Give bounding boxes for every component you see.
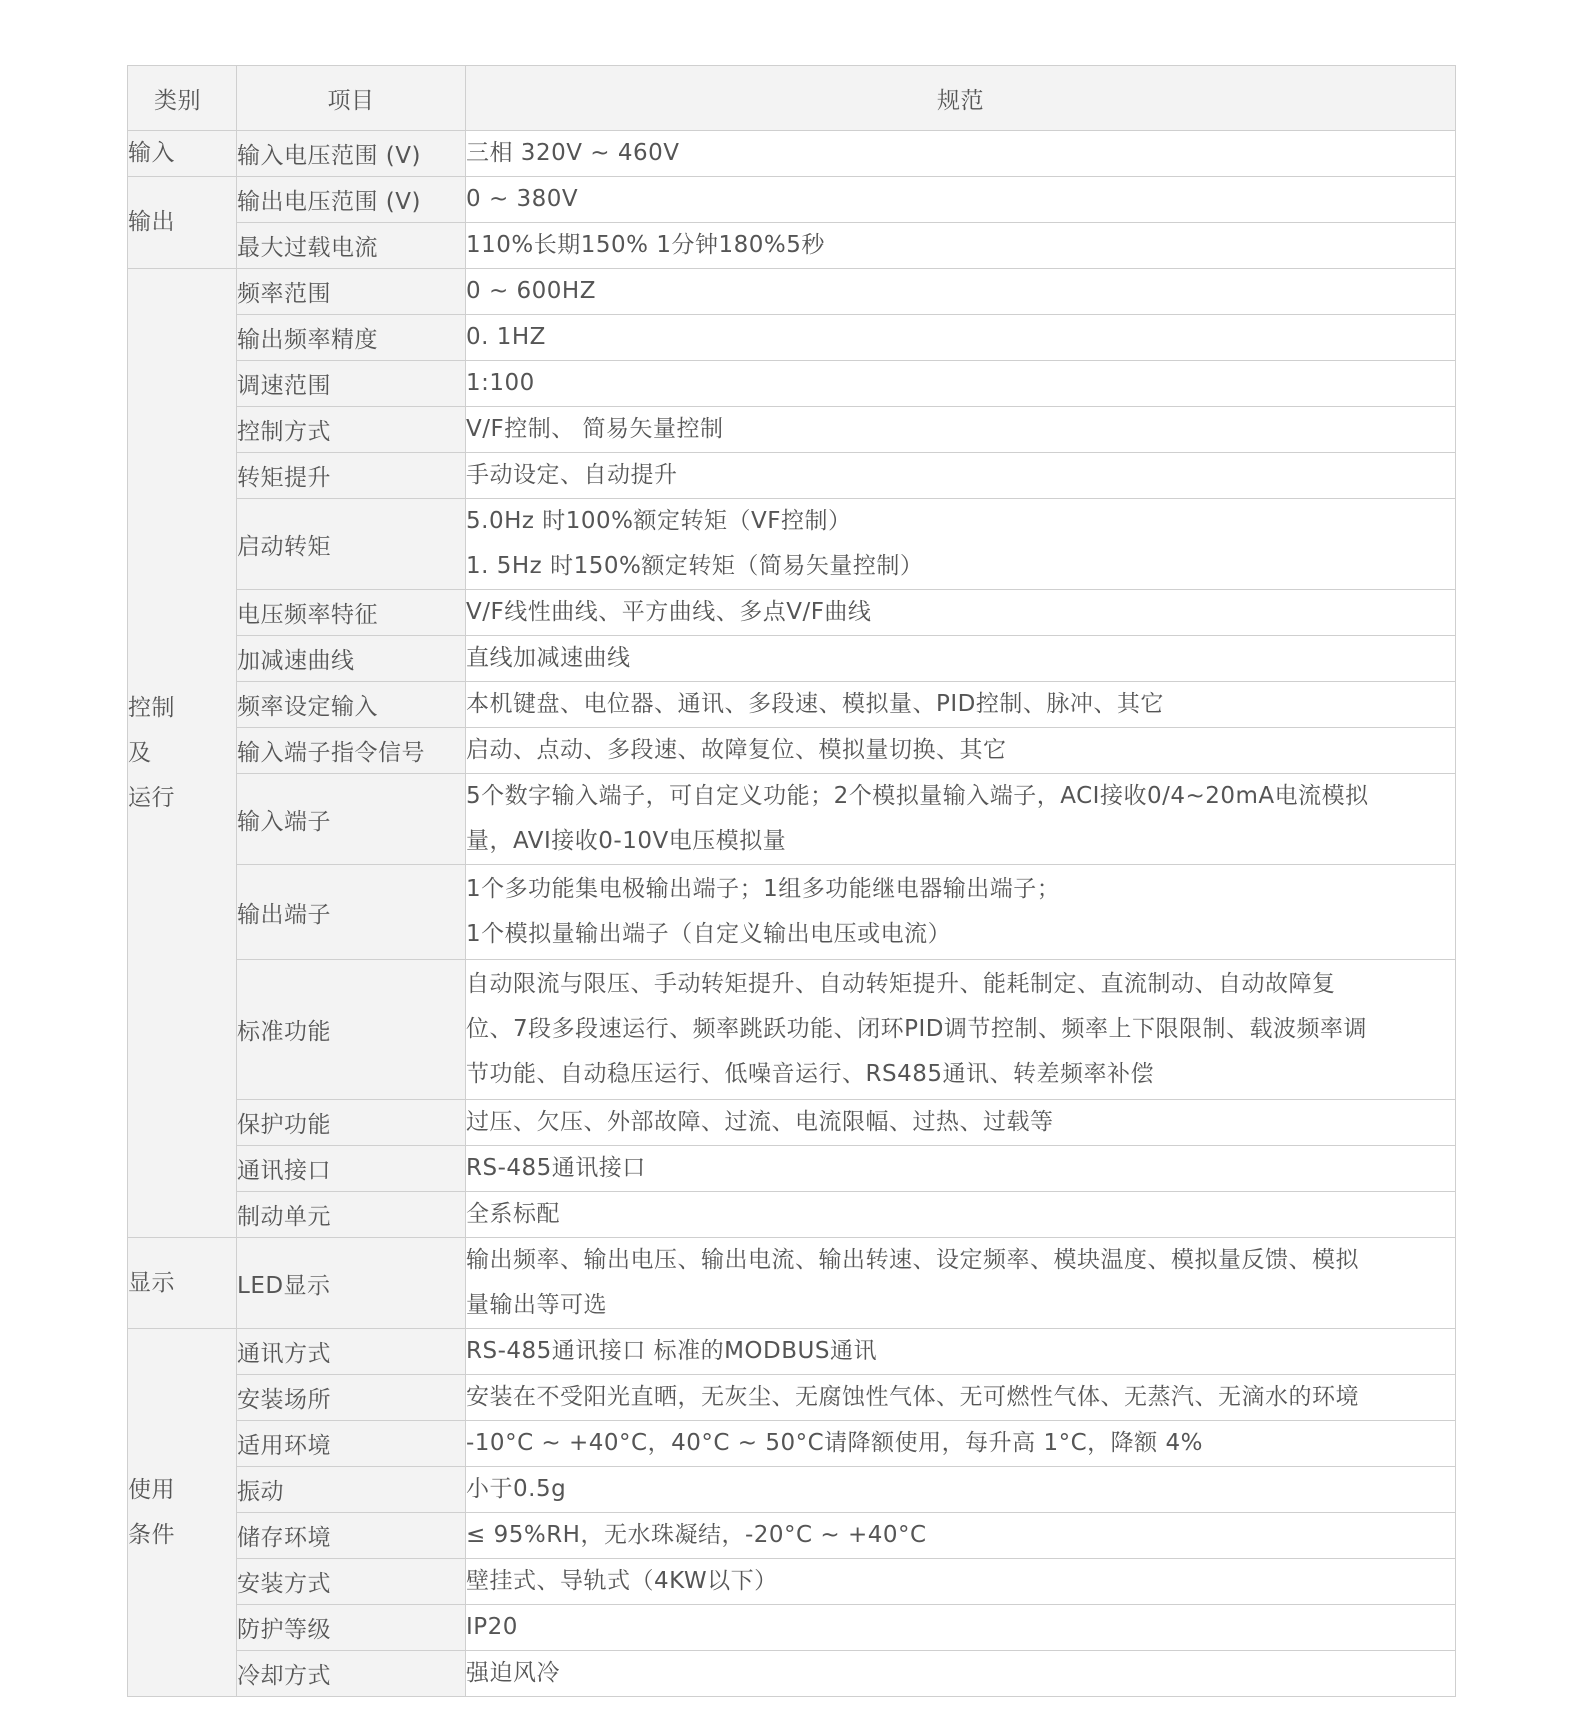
- table-row: 保护功能 过压、欠压、外部故障、过流、电流限幅、过热、过载等: [128, 1100, 1456, 1146]
- spec-line: 110%长期150% 1分钟180%5秒: [466, 223, 1455, 268]
- table-row: 加减速曲线 直线加减速曲线: [128, 636, 1456, 682]
- spec-cell: 0 ~ 380V: [466, 177, 1456, 223]
- spec-cell: V/F控制、 简易矢量控制: [466, 407, 1456, 453]
- spec-cell: 小于0.5g: [466, 1467, 1456, 1513]
- spec-line: 1个模拟量输出端子（自定义输出电压或电流）: [466, 912, 1455, 957]
- category-cell: 输出: [128, 177, 237, 269]
- spec-line: 本机键盘、电位器、通讯、多段速、模拟量、PID控制、脉冲、其它: [466, 682, 1455, 727]
- item-cell: 最大过载电流: [237, 223, 466, 269]
- table-row: 输出频率精度 0. 1HZ: [128, 315, 1456, 361]
- item-cell: 控制方式: [237, 407, 466, 453]
- category-cell: 控制 及 运行: [128, 269, 237, 1238]
- table-row: 适用环境 -10°C ~ +40°C，40°C ~ 50°C请降额使用，每升高 …: [128, 1421, 1456, 1467]
- spec-cell: 本机键盘、电位器、通讯、多段速、模拟量、PID控制、脉冲、其它: [466, 682, 1456, 728]
- category-label: 使用: [128, 1468, 236, 1513]
- spec-line: -10°C ~ +40°C，40°C ~ 50°C请降额使用，每升高 1°C，降…: [466, 1421, 1455, 1466]
- spec-cell: 0. 1HZ: [466, 315, 1456, 361]
- item-cell: 频率范围: [237, 269, 466, 315]
- category-label: 条件: [128, 1513, 236, 1558]
- spec-line: ≤ 95%RH，无水珠凝结，-20°C ~ +40°C: [466, 1513, 1455, 1558]
- table-row: 控制 及 运行 频率范围 0 ~ 600HZ: [128, 269, 1456, 315]
- spec-cell: ≤ 95%RH，无水珠凝结，-20°C ~ +40°C: [466, 1513, 1456, 1559]
- spec-line: 安装在不受阳光直晒，无灰尘、无腐蚀性气体、无可燃性气体、无蒸汽、无滴水的环境: [466, 1375, 1455, 1420]
- spec-line: 1个多功能集电极输出端子；1组多功能继电器输出端子；: [466, 867, 1455, 912]
- spec-line: 量，AVI接收0-10V电压模拟量: [466, 819, 1455, 864]
- spec-line: RS-485通讯接口: [466, 1146, 1455, 1191]
- item-cell: 加减速曲线: [237, 636, 466, 682]
- spec-cell: -10°C ~ +40°C，40°C ~ 50°C请降额使用，每升高 1°C，降…: [466, 1421, 1456, 1467]
- spec-cell: RS-485通讯接口: [466, 1146, 1456, 1192]
- spec-line: 小于0.5g: [466, 1467, 1455, 1512]
- spec-line: 1:100: [466, 361, 1455, 406]
- spec-cell: 输出频率、输出电压、输出电流、输出转速、设定频率、模块温度、模拟量反馈、模拟 量…: [466, 1238, 1456, 1329]
- item-cell: 输出端子: [237, 865, 466, 960]
- spec-line: 节功能、自动稳压运行、低噪音运行、RS485通讯、转差频率补偿: [466, 1052, 1455, 1097]
- spec-cell: IP20: [466, 1605, 1456, 1651]
- item-cell: 输出频率精度: [237, 315, 466, 361]
- spec-cell: 自动限流与限压、手动转矩提升、自动转矩提升、能耗制定、直流制动、自动故障复 位、…: [466, 960, 1456, 1100]
- category-label: 控制: [128, 686, 236, 731]
- spec-line: 三相 320V ~ 460V: [466, 131, 1455, 176]
- spec-line: RS-485通讯接口 标准的MODBUS通讯: [466, 1329, 1455, 1374]
- item-cell: 通讯方式: [237, 1329, 466, 1375]
- table-row: 最大过载电流 110%长期150% 1分钟180%5秒: [128, 223, 1456, 269]
- spec-table: 类别 项目 规范 输入 输入电压范围 (V) 三相 320V ~ 460V 输出…: [127, 65, 1456, 1697]
- spec-cell: 110%长期150% 1分钟180%5秒: [466, 223, 1456, 269]
- item-cell: 频率设定输入: [237, 682, 466, 728]
- table-row: 安装场所 安装在不受阳光直晒，无灰尘、无腐蚀性气体、无可燃性气体、无蒸汽、无滴水…: [128, 1375, 1456, 1421]
- item-cell: 通讯接口: [237, 1146, 466, 1192]
- spec-cell: 5.0Hz 时100%额定转矩（VF控制） 1. 5Hz 时150%额定转矩（简…: [466, 499, 1456, 590]
- category-label: 运行: [128, 776, 236, 821]
- spec-line: 5个数字输入端子，可自定义功能；2个模拟量输入端子，ACI接收0/4~20mA电…: [466, 774, 1455, 819]
- table-row: 输出端子 1个多功能集电极输出端子；1组多功能继电器输出端子； 1个模拟量输出端…: [128, 865, 1456, 960]
- header-row: 类别 项目 规范: [128, 66, 1456, 131]
- table-row: 调速范围 1:100: [128, 361, 1456, 407]
- table-row: 电压频率特征 V/F线性曲线、平方曲线、多点V/F曲线: [128, 590, 1456, 636]
- spec-line: 0 ~ 600HZ: [466, 269, 1455, 314]
- item-cell: 振动: [237, 1467, 466, 1513]
- category-cell: 使用 条件: [128, 1329, 237, 1697]
- table-row: 启动转矩 5.0Hz 时100%额定转矩（VF控制） 1. 5Hz 时150%额…: [128, 499, 1456, 590]
- spec-line: 位、7段多段速运行、频率跳跃功能、闭环PID调节控制、频率上下限限制、载波频率调: [466, 1007, 1455, 1052]
- item-cell: 防护等级: [237, 1605, 466, 1651]
- spec-line: 直线加减速曲线: [466, 636, 1455, 681]
- table-row: 安装方式 壁挂式、导轨式（4KW以下）: [128, 1559, 1456, 1605]
- category-label: 输出: [128, 200, 236, 245]
- spec-cell: 5个数字输入端子，可自定义功能；2个模拟量输入端子，ACI接收0/4~20mA电…: [466, 774, 1456, 865]
- item-cell: 输出电压范围 (V): [237, 177, 466, 223]
- spec-cell: 过压、欠压、外部故障、过流、电流限幅、过热、过载等: [466, 1100, 1456, 1146]
- item-cell: 输入端子指令信号: [237, 728, 466, 774]
- spec-cell: 壁挂式、导轨式（4KW以下）: [466, 1559, 1456, 1605]
- table-row: 使用 条件 通讯方式 RS-485通讯接口 标准的MODBUS通讯: [128, 1329, 1456, 1375]
- item-cell: 制动单元: [237, 1192, 466, 1238]
- spec-line: V/F线性曲线、平方曲线、多点V/F曲线: [466, 590, 1455, 635]
- category-label: 及: [128, 731, 236, 776]
- spec-cell: 安装在不受阳光直晒，无灰尘、无腐蚀性气体、无可燃性气体、无蒸汽、无滴水的环境: [466, 1375, 1456, 1421]
- category-label: 输入: [128, 131, 236, 176]
- spec-cell: 1个多功能集电极输出端子；1组多功能继电器输出端子； 1个模拟量输出端子（自定义…: [466, 865, 1456, 960]
- spec-cell: 0 ~ 600HZ: [466, 269, 1456, 315]
- spec-cell: 1:100: [466, 361, 1456, 407]
- spec-cell: 三相 320V ~ 460V: [466, 131, 1456, 177]
- item-cell: 转矩提升: [237, 453, 466, 499]
- spec-line: 过压、欠压、外部故障、过流、电流限幅、过热、过载等: [466, 1100, 1455, 1145]
- spec-line: 0 ~ 380V: [466, 177, 1455, 222]
- category-label: 显示: [128, 1261, 236, 1306]
- table-row: 振动 小于0.5g: [128, 1467, 1456, 1513]
- item-cell: 输入端子: [237, 774, 466, 865]
- table-row: 转矩提升 手动设定、自动提升: [128, 453, 1456, 499]
- table-row: 输入 输入电压范围 (V) 三相 320V ~ 460V: [128, 131, 1456, 177]
- spec-cell: 全系标配: [466, 1192, 1456, 1238]
- spec-line: 5.0Hz 时100%额定转矩（VF控制）: [466, 499, 1455, 544]
- item-cell: 安装方式: [237, 1559, 466, 1605]
- spec-line: V/F控制、 简易矢量控制: [466, 407, 1455, 452]
- table-row: 冷却方式 强迫风冷: [128, 1651, 1456, 1697]
- spec-line: 0. 1HZ: [466, 315, 1455, 360]
- table-row: 标准功能 自动限流与限压、手动转矩提升、自动转矩提升、能耗制定、直流制动、自动故…: [128, 960, 1456, 1100]
- table-row: 频率设定输入 本机键盘、电位器、通讯、多段速、模拟量、PID控制、脉冲、其它: [128, 682, 1456, 728]
- spec-line: IP20: [466, 1605, 1455, 1650]
- table-row: 通讯接口 RS-485通讯接口: [128, 1146, 1456, 1192]
- spec-line: 启动、点动、多段速、故障复位、模拟量切换、其它: [466, 728, 1455, 773]
- spec-cell: 强迫风冷: [466, 1651, 1456, 1697]
- table-row: 显示 LED显示 输出频率、输出电压、输出电流、输出转速、设定频率、模块温度、模…: [128, 1238, 1456, 1329]
- item-cell: 电压频率特征: [237, 590, 466, 636]
- header-category: 类别: [128, 66, 237, 131]
- item-cell: 冷却方式: [237, 1651, 466, 1697]
- spec-line: 自动限流与限压、手动转矩提升、自动转矩提升、能耗制定、直流制动、自动故障复: [466, 962, 1455, 1007]
- spec-cell: 手动设定、自动提升: [466, 453, 1456, 499]
- spec-line: 手动设定、自动提升: [466, 453, 1455, 498]
- spec-cell: 启动、点动、多段速、故障复位、模拟量切换、其它: [466, 728, 1456, 774]
- header-spec: 规范: [466, 66, 1456, 131]
- header-item: 项目: [237, 66, 466, 131]
- table-row: 控制方式 V/F控制、 简易矢量控制: [128, 407, 1456, 453]
- table-row: 防护等级 IP20: [128, 1605, 1456, 1651]
- spec-line: 1. 5Hz 时150%额定转矩（简易矢量控制）: [466, 544, 1455, 589]
- table-row: 制动单元 全系标配: [128, 1192, 1456, 1238]
- spec-line: 强迫风冷: [466, 1651, 1455, 1696]
- item-cell: 安装场所: [237, 1375, 466, 1421]
- item-cell: LED显示: [237, 1238, 466, 1329]
- table-row: 输入端子指令信号 启动、点动、多段速、故障复位、模拟量切换、其它: [128, 728, 1456, 774]
- spec-line: 全系标配: [466, 1192, 1455, 1237]
- category-cell: 输入: [128, 131, 237, 177]
- item-cell: 适用环境: [237, 1421, 466, 1467]
- table-row: 储存环境 ≤ 95%RH，无水珠凝结，-20°C ~ +40°C: [128, 1513, 1456, 1559]
- spec-cell: 直线加减速曲线: [466, 636, 1456, 682]
- spec-line: 输出频率、输出电压、输出电流、输出转速、设定频率、模块温度、模拟量反馈、模拟: [466, 1238, 1455, 1283]
- table-row: 输出 输出电压范围 (V) 0 ~ 380V: [128, 177, 1456, 223]
- table-row: 输入端子 5个数字输入端子，可自定义功能；2个模拟量输入端子，ACI接收0/4~…: [128, 774, 1456, 865]
- spec-cell: V/F线性曲线、平方曲线、多点V/F曲线: [466, 590, 1456, 636]
- item-cell: 保护功能: [237, 1100, 466, 1146]
- item-cell: 标准功能: [237, 960, 466, 1100]
- spec-cell: RS-485通讯接口 标准的MODBUS通讯: [466, 1329, 1456, 1375]
- spec-line: 壁挂式、导轨式（4KW以下）: [466, 1559, 1455, 1604]
- category-cell: 显示: [128, 1238, 237, 1329]
- item-cell: 输入电压范围 (V): [237, 131, 466, 177]
- item-cell: 储存环境: [237, 1513, 466, 1559]
- item-cell: 启动转矩: [237, 499, 466, 590]
- spec-line: 量输出等可选: [466, 1283, 1455, 1328]
- item-cell: 调速范围: [237, 361, 466, 407]
